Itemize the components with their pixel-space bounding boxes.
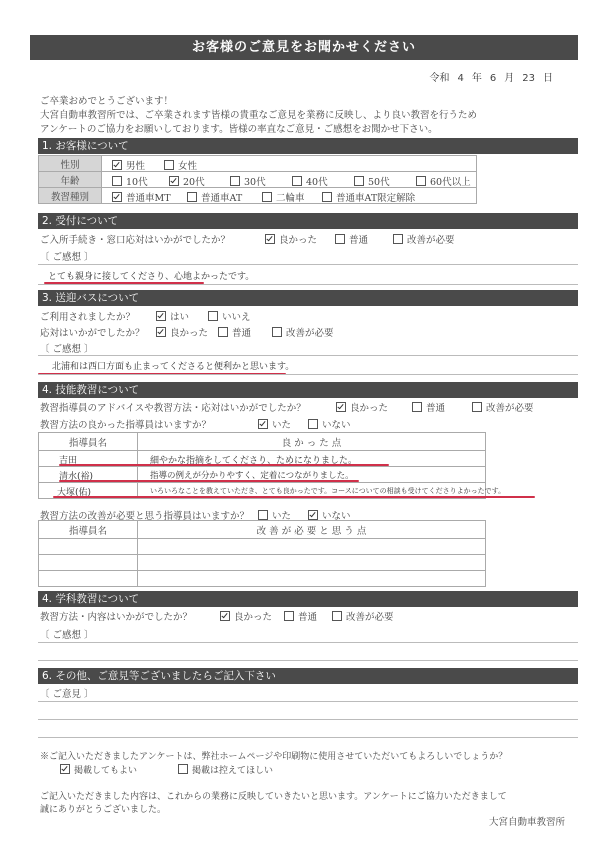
good-instructor-question: 教習方法の良かった指導員はいますか？ bbox=[40, 420, 211, 431]
table-row bbox=[39, 571, 486, 587]
divider bbox=[38, 737, 578, 738]
bus-service-question: 応対はいかがでしたか？ bbox=[40, 328, 145, 339]
bus-used-yes[interactable]: はい bbox=[156, 309, 189, 323]
reception-normal[interactable]: 普通 bbox=[335, 232, 368, 246]
classroom-good[interactable]: 良かった bbox=[220, 609, 272, 623]
checkbox-female[interactable]: 女性 bbox=[164, 158, 197, 172]
closing-text: ご記入いただきました内容は、これからの業務に反映していきたいと思います。アンケー… bbox=[40, 791, 507, 817]
reception-question: ご入所手続き・窓口応対はいかがでしたか？ bbox=[40, 235, 230, 246]
col-good-points: 良 か っ た 点 bbox=[138, 433, 486, 451]
good-point[interactable]: いろいろなことを教えていただき、とても良かったです。コースについての相談も受けて… bbox=[150, 486, 505, 496]
bus-used-no[interactable]: いいえ bbox=[208, 309, 251, 323]
checkbox-at[interactable]: 普通車AT bbox=[187, 190, 242, 204]
divider bbox=[38, 264, 578, 265]
classroom-question: 教習方法・内容はいかがでしたか？ bbox=[40, 612, 192, 623]
divider bbox=[38, 355, 578, 356]
intro-text: ご卒業おめでとうございます！ 大宮自動車教習所では、ご卒業されます皆様の貴重なご… bbox=[40, 95, 477, 137]
checkbox-age-40s[interactable]: 40代 bbox=[292, 174, 328, 188]
intro-line: 大宮自動車教習所では、ご卒業されます皆様の貴重なご意見を業務に反映し、より良い教… bbox=[40, 109, 477, 123]
divider bbox=[38, 719, 578, 720]
bus-service-good[interactable]: 良かった bbox=[156, 325, 208, 339]
intro-line: アンケートのご協力をお願いしております。皆様の率直なご意見・ご感想をお聞かせ下さ… bbox=[40, 123, 477, 137]
label-course-type: 教習種別 bbox=[39, 188, 102, 204]
col-instructor-name: 指導員名 bbox=[39, 521, 138, 539]
checkbox-age-50s[interactable]: 50代 bbox=[354, 174, 390, 188]
bus-usage-question: ご利用されましたか？ bbox=[40, 312, 135, 323]
other-comment-label: 〔 ご意見 〕 bbox=[40, 686, 94, 700]
classroom-needs-improvement[interactable]: 改善が必要 bbox=[332, 609, 394, 623]
checkbox-male[interactable]: 男性 bbox=[112, 158, 145, 172]
closing-line: ご記入いただきました内容は、これからの業務に反映していきたいと思います。アンケー… bbox=[40, 791, 507, 804]
checkbox-age-60s-plus[interactable]: 60代以上 bbox=[416, 174, 471, 188]
instructor-advice-question: 教習指導員のアドバイスや教習方法・応対はいかがでしたか？ bbox=[40, 403, 306, 414]
reception-comment-label: 〔 ご感想 〕 bbox=[40, 249, 94, 263]
bus-comment-label: 〔 ご感想 〕 bbox=[40, 341, 94, 355]
classroom-question-row: 教習方法・内容はいかがでしたか？ 良かった 普通 改善が必要 bbox=[40, 609, 580, 623]
date-month[interactable]: 6 bbox=[490, 73, 496, 84]
table-row bbox=[39, 555, 486, 571]
instructor-name-cell[interactable] bbox=[39, 571, 138, 587]
section-header-other-comments: 6. その他、ご意見等ございましたらご記入下さい bbox=[38, 668, 578, 684]
consent-options: 掲載してもよい 掲載は控えてほしい bbox=[40, 763, 440, 777]
intro-line: ご卒業おめでとうございます！ bbox=[40, 95, 477, 109]
reception-good[interactable]: 良かった bbox=[265, 232, 317, 246]
bus-service-row: 応対はいかがでしたか？ 良かった 普通 改善が必要 bbox=[40, 325, 580, 339]
checkbox-at-release[interactable]: 普通車AT限定解除 bbox=[322, 190, 415, 204]
good-instructor-no[interactable]: いない bbox=[308, 417, 351, 431]
table-row bbox=[39, 539, 486, 555]
instructor-name-cell[interactable] bbox=[39, 539, 138, 555]
consent-decline[interactable]: 掲載は控えてほしい bbox=[178, 763, 273, 776]
divider bbox=[38, 284, 578, 285]
advice-needs-improvement[interactable]: 改善が必要 bbox=[472, 400, 534, 414]
closing-line: 誠にありがとうございました。 bbox=[40, 804, 507, 817]
date-year-unit: 年 bbox=[472, 69, 482, 84]
good-instructor-table: 指導員名 良 か っ た 点 吉田 細やかな指摘をしてくださり、ためになりました… bbox=[38, 432, 486, 499]
reception-question-row: ご入所手続き・窓口応対はいかがでしたか？ 良かった 普通 改善が必要 bbox=[40, 232, 580, 246]
table-row: 大塚(佑) いろいろなことを教えていただき、とても良かったです。コースについての… bbox=[39, 483, 486, 499]
date-year[interactable]: 4 bbox=[458, 73, 464, 84]
bus-comment[interactable]: 北浦和は西口方面も止まってくださると便利かと思います。 bbox=[52, 359, 294, 372]
date-day[interactable]: 23 bbox=[522, 73, 535, 84]
divider bbox=[38, 374, 578, 375]
checkbox-age-10s[interactable]: 10代 bbox=[112, 174, 148, 188]
date-day-unit: 日 bbox=[543, 69, 553, 84]
bus-service-needs-improvement[interactable]: 改善が必要 bbox=[272, 325, 334, 339]
checkbox-age-20s[interactable]: 20代 bbox=[169, 174, 205, 188]
bus-service-normal[interactable]: 普通 bbox=[218, 325, 251, 339]
consent-question: ※ご記入いただきましたアンケートは、弊社ホームページや印刷物に使用させていただい… bbox=[40, 749, 507, 762]
section-header-classroom: 4. 学科教習について bbox=[38, 591, 578, 607]
improvement-instructor-table: 指導員名 改 善 が 必 要 と 思 う 点 bbox=[38, 520, 486, 587]
good-point[interactable]: 細やかな指摘をしてくださり、ためになりました。 bbox=[150, 453, 357, 466]
checkbox-empty-icon bbox=[164, 160, 174, 170]
checkbox-checked-icon bbox=[112, 160, 122, 170]
divider bbox=[38, 660, 578, 661]
improvement-point-cell[interactable] bbox=[138, 555, 486, 571]
school-signature: 大宮自動車教習所 bbox=[489, 814, 565, 828]
improvement-point-cell[interactable] bbox=[138, 539, 486, 555]
section-header-reception: 2. 受付について bbox=[38, 213, 578, 229]
checkbox-mt[interactable]: 普通車MT bbox=[112, 190, 171, 204]
checkbox-age-30s[interactable]: 30代 bbox=[230, 174, 266, 188]
advice-normal[interactable]: 普通 bbox=[412, 400, 445, 414]
good-instructor-yes[interactable]: いた bbox=[258, 417, 291, 431]
checkbox-motorcycle[interactable]: 二輪車 bbox=[262, 190, 305, 204]
col-instructor-name: 指導員名 bbox=[39, 433, 138, 451]
date-month-unit: 月 bbox=[504, 69, 514, 84]
col-improvement-points: 改 善 が 必 要 と 思 う 点 bbox=[138, 521, 486, 539]
label-gender: 性別 bbox=[39, 156, 102, 172]
customer-info-table: 性別 男性 女性 年齢 10代 20代 30代 40代 50代 60代以上 教習… bbox=[38, 155, 477, 204]
good-point[interactable]: 指導の例えが分かりやすく、定着につながりました。 bbox=[150, 469, 354, 481]
date-era: 令和 bbox=[430, 69, 450, 84]
good-instructor-row: 教習方法の良かった指導員はいますか？ いた いない bbox=[40, 417, 580, 431]
consent-allow[interactable]: 掲載してもよい bbox=[60, 763, 137, 776]
advice-good[interactable]: 良かった bbox=[336, 400, 388, 414]
classroom-normal[interactable]: 普通 bbox=[284, 609, 317, 623]
section-header-practical-training: 4. 技能教習について bbox=[38, 382, 578, 398]
reception-comment[interactable]: とても親身に接してくださり、心地よかったです。 bbox=[48, 269, 254, 282]
classroom-comment-label: 〔 ご感想 〕 bbox=[40, 627, 94, 641]
label-age: 年齢 bbox=[39, 172, 102, 188]
table-row: 吉田 細やかな指摘をしてくださり、ためになりました。 bbox=[39, 451, 486, 467]
reception-needs-improvement[interactable]: 改善が必要 bbox=[393, 232, 455, 246]
improvement-point-cell[interactable] bbox=[138, 571, 486, 587]
divider bbox=[38, 701, 578, 702]
bus-usage-row: ご利用されましたか？ はい いいえ bbox=[40, 309, 580, 323]
table-row: 清水(裕) 指導の例えが分かりやすく、定着につながりました。 bbox=[39, 467, 486, 483]
section-header-shuttle-bus: 3. 送迎バスについて bbox=[38, 290, 578, 306]
survey-title: お客様のご意見をお聞かせください bbox=[30, 35, 578, 60]
date-line: 令和 4 年 6 月 23 日 bbox=[430, 69, 553, 84]
instructor-name-cell[interactable] bbox=[39, 555, 138, 571]
instructor-advice-row: 教習指導員のアドバイスや教習方法・応対はいかがでしたか？ 良かった 普通 改善が… bbox=[40, 400, 580, 414]
divider bbox=[38, 642, 578, 643]
section-header-customer: 1. お客様について bbox=[38, 138, 578, 154]
